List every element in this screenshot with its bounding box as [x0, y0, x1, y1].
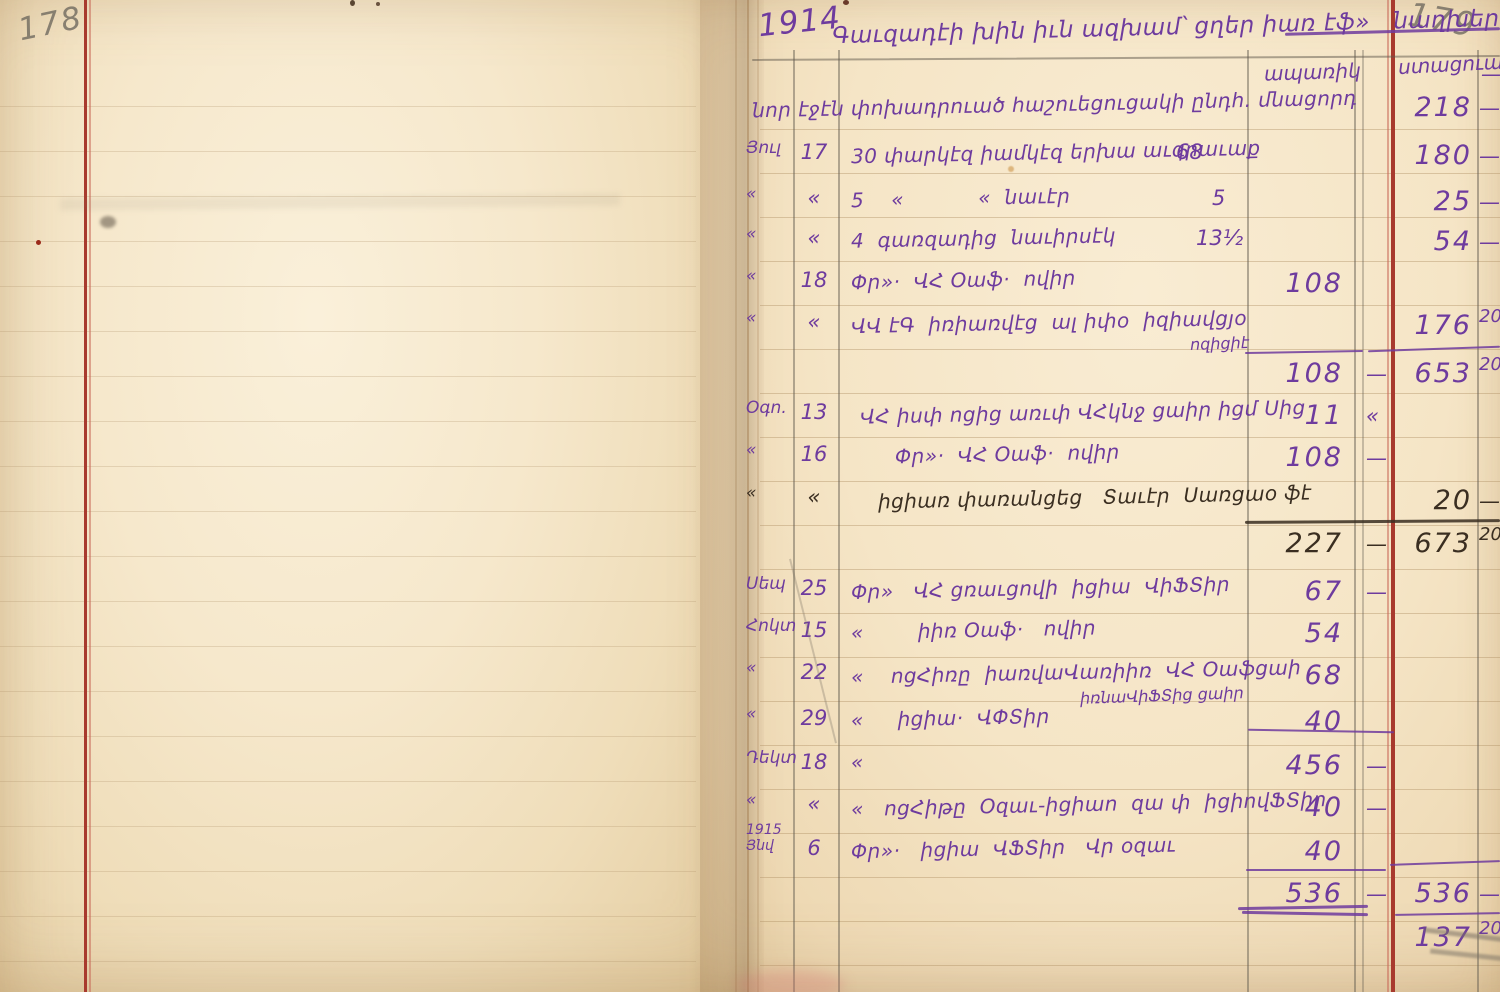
amount-column1-dash: —	[1366, 362, 1386, 386]
entry-day: «	[792, 186, 836, 210]
amount-column2: 176	[1397, 310, 1472, 341]
entry-month: 1915 Յնվ	[746, 822, 796, 854]
entry-description: Փր»· ՎՀ Օաֆ· ովիր	[851, 266, 1076, 295]
entry-month: Օգո.	[746, 400, 796, 416]
amount-column1: 54	[1243, 618, 1343, 649]
entry-description: « իցիա· ՎՓՏիր	[851, 704, 1050, 732]
amount-column1: 40	[1243, 836, 1343, 867]
entry-day: «	[792, 485, 836, 509]
entry-day: «	[792, 792, 836, 816]
entry-day: «	[792, 310, 836, 334]
day-column-rule	[838, 50, 840, 992]
amount-column1-dash: —	[1366, 580, 1386, 604]
amount-column2: 54	[1397, 226, 1472, 257]
amount-column1: 11	[1243, 400, 1343, 431]
amount-column2: 653	[1397, 358, 1472, 389]
entry-day: 15	[792, 618, 836, 642]
entry-day: 25	[792, 576, 836, 600]
entry-month: «	[746, 268, 796, 284]
entry-day: «	[792, 226, 836, 250]
column1-header: ապառիկ	[1264, 58, 1362, 85]
entry-month: «	[746, 792, 796, 808]
amount-column2-fraction: 20	[1479, 306, 1500, 327]
right-red-rule	[1391, 0, 1395, 992]
amount-column2-dash: —	[1479, 190, 1500, 214]
ruled-lines-left	[0, 62, 696, 992]
amount-column1-dash: —	[1366, 754, 1386, 778]
entry-month: Յուլ	[746, 140, 796, 156]
entry-day: 18	[792, 268, 836, 292]
amount-column2-dash: —	[1479, 489, 1500, 513]
entry-month: Սեպ	[746, 576, 796, 592]
entry-unit-price: 68	[1176, 140, 1203, 164]
entry-description-line2: ոզիցիէ	[1190, 333, 1250, 354]
amount-column2: 180	[1397, 140, 1472, 171]
amount-column2-dash: —	[1479, 882, 1500, 906]
fold-crease	[735, 0, 737, 992]
entry-day: 22	[792, 660, 836, 684]
entry-day: 16	[792, 442, 836, 466]
amount-column1-dash: —	[1366, 446, 1386, 470]
amount-column2: 536	[1397, 878, 1472, 909]
ledger-scan: 178 179 1914 Գաւզադէի խին իւն ազխամ՝ ցղե…	[0, 0, 1500, 992]
amount-column2-fraction: 20	[1479, 354, 1500, 375]
entry-month: «	[746, 310, 796, 326]
amount-column1: 536	[1243, 878, 1343, 909]
column2-header-dash: —	[1481, 62, 1500, 86]
amount-column1: 227	[1243, 528, 1343, 559]
amount-column2: 673	[1397, 528, 1472, 559]
entry-month: Դեկտ	[746, 750, 796, 766]
amount-column2: 20	[1397, 485, 1472, 516]
left-margin-red-rule-light	[89, 0, 91, 992]
amount-column1-dash: —	[1366, 796, 1386, 820]
amount-column1: 108	[1243, 268, 1343, 299]
amount-column1: 40	[1243, 706, 1343, 737]
amount-column2: 218	[1397, 92, 1472, 123]
entry-month: «	[746, 226, 796, 242]
entry-month: «	[746, 442, 796, 458]
amount-column2-fraction: 20	[1479, 918, 1500, 939]
amount-column1: 456	[1243, 750, 1343, 781]
amount-column1: 67	[1243, 576, 1343, 607]
entry-unit-price: 5	[1212, 186, 1225, 210]
amount-column2: 25	[1397, 186, 1472, 217]
entry-month: «	[746, 485, 796, 501]
amount-column2-fraction: 20	[1479, 524, 1500, 545]
amount-column1: 68	[1243, 660, 1343, 691]
amount-column1-dash: —	[1366, 882, 1386, 906]
entry-month: Հոկտ	[746, 618, 796, 634]
amount-column1: 108	[1243, 442, 1343, 473]
amount-column1-dash: «	[1366, 404, 1386, 428]
amount-column1: 40	[1243, 792, 1343, 823]
left-page	[0, 0, 700, 992]
entry-description: 5 « « նաւէր	[851, 184, 1071, 213]
entry-description: « իիռ Օաֆ· ովիր	[851, 615, 1096, 644]
entry-month: «	[746, 186, 796, 202]
entry-day: 17	[792, 140, 836, 164]
amount-column2-dash: —	[1479, 230, 1500, 254]
entry-day: 13	[792, 400, 836, 424]
entry-day: 18	[792, 750, 836, 774]
entry-month: «	[746, 660, 796, 676]
total-rule-col1	[1246, 869, 1386, 871]
amount-column2-dash: —	[1479, 144, 1500, 168]
entry-day: 6	[792, 836, 836, 860]
left-margin-red-rule	[84, 0, 87, 992]
entry-description: «	[851, 750, 864, 774]
amount-column1-dash: —	[1366, 532, 1386, 556]
entry-unit-price: 13½	[1196, 226, 1243, 250]
entry-day: 29	[792, 706, 836, 730]
amount-column2: 137	[1397, 922, 1472, 953]
amount-column1: 108	[1243, 358, 1343, 389]
right-red-rule-light	[1387, 0, 1389, 992]
entry-description: Փր»· ՎՀ Օաֆ· ովիր	[895, 440, 1120, 469]
amount-column2-dash: —	[1479, 96, 1500, 120]
entry-month: «	[746, 706, 796, 722]
